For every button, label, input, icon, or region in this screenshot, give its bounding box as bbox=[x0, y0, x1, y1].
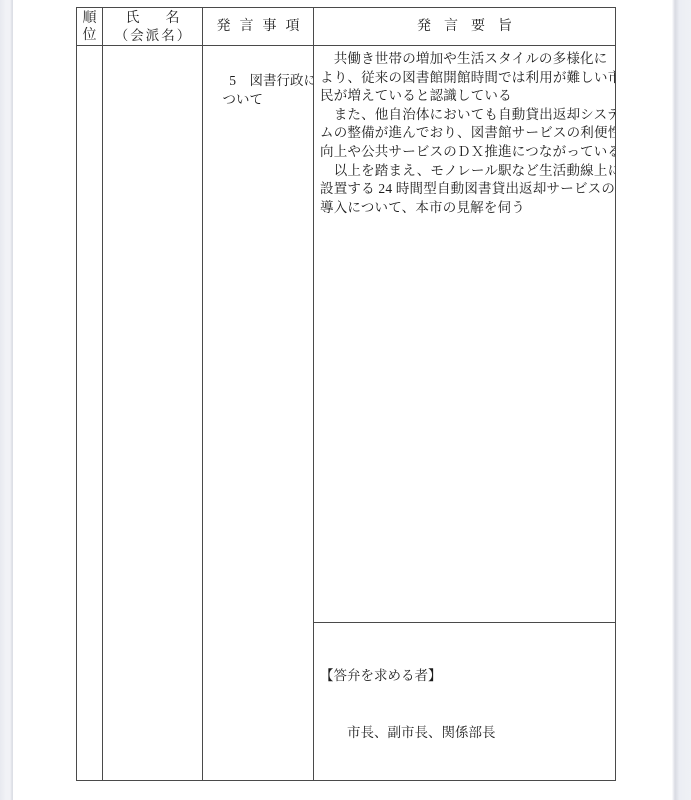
header-topic-label: 発言事項 bbox=[217, 18, 309, 35]
respondents-list: 市長、副市長、関係部長 bbox=[320, 723, 611, 742]
header-cell-summary: 発言要旨 bbox=[314, 8, 615, 46]
summary-paragraph: 共働き世帯の増加や生活スタイルの多様化に より、従来の図書館開館時間では利用が難… bbox=[320, 50, 611, 106]
header-name-label: 氏 名 bbox=[126, 10, 186, 27]
header-rank-label: 順 位 bbox=[83, 10, 97, 44]
summary-text-block: 共働き世帯の増加や生活スタイルの多様化に より、従来の図書館開館時間では利用が難… bbox=[314, 46, 615, 622]
respondents-heading: 【答弁を求める者】 bbox=[320, 666, 611, 685]
body-cell-summary: 共働き世帯の増加や生活スタイルの多様化に より、従来の図書館開館時間では利用が難… bbox=[314, 46, 615, 780]
page-edge-right bbox=[672, 0, 691, 800]
summary-paragraph: また、他自治体においても自動貸出返却システ ムの整備が進んでおり、図書館サービス… bbox=[320, 106, 611, 162]
page-edge-left bbox=[0, 0, 13, 800]
summary-paragraph: 以上を踏まえ、モノレール駅など生活動線上に 設置する 24 時間型自動図書貸出返… bbox=[320, 162, 611, 218]
statement-summary-table: 順 位 氏 名 （会派名） 発言事項 発言要旨 5 図書行政に ついて 共働き世… bbox=[76, 7, 616, 781]
header-faction-label: （会派名） bbox=[115, 27, 193, 44]
scanned-document-page: 順 位 氏 名 （会派名） 発言事項 発言要旨 5 図書行政に ついて 共働き世… bbox=[0, 0, 691, 800]
header-summary-label: 発言要旨 bbox=[417, 18, 525, 35]
topic-value: 5 図書行政に ついて bbox=[209, 73, 314, 107]
header-cell-name: 氏 名 （会派名） bbox=[103, 8, 203, 46]
respondents-section: 【答弁を求める者】 市長、副市長、関係部長 bbox=[314, 622, 615, 780]
header-cell-topic: 発言事項 bbox=[203, 8, 314, 46]
body-cell-rank bbox=[77, 46, 103, 780]
header-cell-rank: 順 位 bbox=[77, 8, 103, 46]
body-cell-name bbox=[103, 46, 203, 780]
body-cell-topic: 5 図書行政に ついて bbox=[203, 46, 314, 780]
